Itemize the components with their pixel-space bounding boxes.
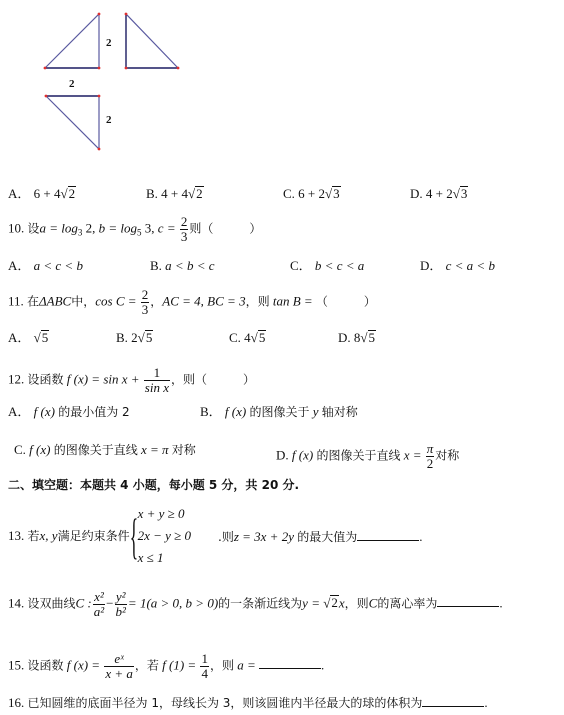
question-text: 设双曲线 xyxy=(28,596,76,610)
question-text: 设 xyxy=(28,221,40,235)
radicand: 3 xyxy=(460,186,469,200)
option-text: 轴对称 xyxy=(322,405,358,419)
math-expr: f (1) = xyxy=(162,657,199,672)
math-expr: a = log xyxy=(40,220,78,235)
q10-option-c: C． b < c < a xyxy=(290,258,364,274)
math-expr: y xyxy=(313,404,319,419)
question-14: 14. 设双曲线C :x²a²−y²b²= 1(a > 0, b > 0)的一条… xyxy=(8,590,503,619)
fraction: 1sin x xyxy=(144,366,170,395)
radicand: 2 xyxy=(68,186,77,200)
question-text: 的一条渐近线为 xyxy=(218,596,302,610)
q9-option-c: C. 6 + 2√3 xyxy=(283,186,341,202)
fraction: 14 xyxy=(200,652,209,681)
question-number: 13. xyxy=(8,528,24,543)
option-value: a < b < c xyxy=(165,258,214,273)
q12-option-d: D. f (x) 的图像关于直线 x = π2对称 xyxy=(276,442,459,471)
q11-option-b: B. 2√5 xyxy=(116,330,153,346)
option-label: A． xyxy=(8,186,30,201)
option-label: B. xyxy=(150,258,162,273)
q9-option-b: B. 4 + 4√2 xyxy=(146,186,204,202)
sqrt-icon: √ xyxy=(323,595,330,610)
figure-label-side-2: 2 xyxy=(106,112,112,128)
math-expr: x, y xyxy=(40,528,58,543)
radicand: 3 xyxy=(332,186,341,200)
question-text: 已知圆维的底面半径为 1，母线长为 3，则该圆谁内半径最大的球的体积为 xyxy=(28,696,423,710)
fraction: eˣx + a xyxy=(104,652,134,681)
option-label: C. xyxy=(14,442,26,457)
question-text: ，则 xyxy=(345,596,369,610)
period: . xyxy=(321,657,324,672)
period: . xyxy=(419,529,422,544)
period: . xyxy=(499,595,502,610)
option-text: 的图像关于 xyxy=(249,405,309,419)
answer-paren: （ ） xyxy=(316,294,376,308)
math-expr: y = xyxy=(302,595,323,610)
constraint-system: x + y ≥ 02x − y ≥ 0x ≤ 1 xyxy=(138,503,191,569)
question-12: 12. 设函数 f (x) = sin x + 1sin x，则（ ） xyxy=(8,366,255,395)
period: . xyxy=(484,695,487,710)
option-label: D. xyxy=(410,186,423,201)
option-label: C． xyxy=(290,258,312,273)
question-13-tail: .则z = 3x + 2y 的最大值为. xyxy=(218,528,423,545)
radicand: 2 xyxy=(195,186,204,200)
sqrt-icon: √ xyxy=(34,330,41,345)
sqrt-icon: √ xyxy=(60,186,67,201)
math-expr: ΔABC xyxy=(39,293,71,308)
option-value: b < c < a xyxy=(315,258,364,273)
sqrt-icon: √ xyxy=(325,186,332,201)
three-view-figure xyxy=(0,0,200,160)
question-number: 16. xyxy=(8,695,24,710)
fraction: 23 xyxy=(180,215,189,244)
answer-blank[interactable] xyxy=(437,594,499,607)
option-value: 6 + 4 xyxy=(34,186,61,201)
question-text: .则 xyxy=(218,530,234,544)
question-16: 16. 已知圆维的底面半径为 1，母线长为 3，则该圆谁内半径最大的球的体积为. xyxy=(8,694,488,711)
question-text: 在 xyxy=(27,294,39,308)
math-expr: c = xyxy=(158,220,179,235)
q10-option-d: D． c < a < b xyxy=(420,258,495,274)
math-expr: a = xyxy=(237,657,259,672)
math-expr: f (x) xyxy=(34,404,55,419)
math-expr: C : xyxy=(76,595,92,610)
option-label: C. xyxy=(229,330,241,345)
answer-blank[interactable] xyxy=(422,694,484,707)
question-text: ，若 xyxy=(135,658,159,672)
q10-option-b: B. a < b < c xyxy=(150,258,215,274)
math-expr: f (x) = xyxy=(67,657,104,672)
q12-option-b: B． f (x) 的图像关于 y 轴对称 xyxy=(200,404,358,420)
q9-option-d: D. 4 + 2√3 xyxy=(410,186,468,202)
math-expr: 2, xyxy=(82,220,98,235)
option-text: 对称 xyxy=(172,443,196,457)
option-label: B. xyxy=(116,330,128,345)
math-expr: x = π xyxy=(141,442,169,457)
section-heading: 二、填空题：本题共 4 小题，每小题 5 分，共 20 分. xyxy=(8,477,299,493)
q10-option-a: A． a < c < b xyxy=(8,258,83,274)
option-text: 的图像关于直线 xyxy=(54,443,138,457)
constraint: x ≤ 1 xyxy=(138,547,191,569)
radicand: 2 xyxy=(330,595,339,609)
math-expr: f (x) xyxy=(225,404,246,419)
math-expr: f (x) xyxy=(292,447,313,462)
answer-blank[interactable] xyxy=(259,656,321,669)
question-text: 设函数 xyxy=(28,658,64,672)
option-label: D. xyxy=(338,330,351,345)
option-text: 的图像关于直线 xyxy=(316,448,400,462)
q11-option-d: D. 8√5 xyxy=(338,330,376,346)
radicand: 5 xyxy=(41,330,50,344)
math-expr: f (x) = sin x + xyxy=(67,371,143,386)
q12-option-c: C. f (x) 的图像关于直线 x = π 对称 xyxy=(14,442,196,458)
question-text: 中， xyxy=(71,294,95,308)
math-expr: − xyxy=(106,595,113,610)
q11-option-c: C. 4√5 xyxy=(229,330,266,346)
question-10: 10. 设a = log3 2, b = log5 3, c = 23则（ ） xyxy=(8,215,261,244)
q11-option-a: A． √5 xyxy=(8,330,49,346)
math-expr: tan B = xyxy=(273,293,316,308)
math-expr: f (x) xyxy=(29,442,50,457)
option-label: D. xyxy=(276,447,289,462)
radicand: 5 xyxy=(258,330,267,344)
answer-paren: ，则（ ） xyxy=(171,372,255,386)
math-expr: 3, xyxy=(142,220,158,235)
question-text: 设函数 xyxy=(28,372,64,386)
option-value: c < a < b xyxy=(446,258,495,273)
option-label: C. xyxy=(283,186,295,201)
fraction: x²a² xyxy=(93,590,105,619)
math-expr: cos C = xyxy=(95,293,140,308)
math-expr: b = log xyxy=(99,220,137,235)
math-expr: AC = 4, BC = 3 xyxy=(162,293,245,308)
math-expr: z = 3x + 2y xyxy=(234,529,294,544)
option-text: 对称 xyxy=(435,448,459,462)
option-label: A． xyxy=(8,404,30,419)
radicand: 5 xyxy=(145,330,154,344)
question-15: 15. 设函数 f (x) = eˣx + a，若 f (1) = 14，则 a… xyxy=(8,652,324,681)
question-11: 11. 在ΔABC中，cos C = 23，AC = 4, BC = 3，则 t… xyxy=(8,288,376,317)
brace-icon: { xyxy=(129,503,137,569)
answer-paren: 则（ ） xyxy=(189,221,261,235)
question-number: 10. xyxy=(8,220,24,235)
sqrt-icon: √ xyxy=(251,330,258,345)
option-label: A． xyxy=(8,330,30,345)
question-13: 13. 若x, y满足约束条件{x + y ≥ 02x − y ≥ 0x ≤ 1 xyxy=(8,503,191,569)
math-expr: = 1(a > 0, b > 0) xyxy=(128,595,218,610)
question-text: ， xyxy=(150,294,162,308)
question-text: 若 xyxy=(28,529,40,543)
sqrt-icon: √ xyxy=(138,330,145,345)
option-value: 6 + 2 xyxy=(298,186,325,201)
option-value: 4 + 4 xyxy=(161,186,188,201)
option-value: a < c < b xyxy=(34,258,83,273)
question-number: 15. xyxy=(8,657,24,672)
q9-option-a: A． 6 + 4√2 xyxy=(8,186,76,202)
sqrt-icon: √ xyxy=(360,330,367,345)
sqrt-icon: √ xyxy=(453,186,460,201)
question-text: ，则 xyxy=(210,658,234,672)
question-text: 满足约束条件 xyxy=(58,529,130,543)
math-expr: x = xyxy=(404,447,425,462)
option-value: 4 + 2 xyxy=(426,186,453,201)
constraint: 2x − y ≥ 0 xyxy=(138,525,191,547)
sqrt-icon: √ xyxy=(188,186,195,201)
question-number: 11. xyxy=(8,293,24,308)
fraction: y²b² xyxy=(115,590,127,619)
question-text: ，则 xyxy=(246,294,270,308)
question-number: 14. xyxy=(8,595,24,610)
option-label: D． xyxy=(420,258,442,273)
option-text: 的最小值为 2 xyxy=(58,405,129,419)
q12-option-a: A． f (x) 的最小值为 2 xyxy=(8,404,130,420)
radicand: 5 xyxy=(368,330,377,344)
fraction: 23 xyxy=(141,288,150,317)
question-text: 的最大值为 xyxy=(297,530,357,544)
fraction: π2 xyxy=(426,442,435,471)
option-label: B. xyxy=(146,186,158,201)
option-label: A． xyxy=(8,258,30,273)
answer-blank[interactable] xyxy=(357,528,419,541)
option-label: B． xyxy=(200,404,222,419)
figure-label-side: 2 xyxy=(106,35,112,51)
figure-label-base: 2 xyxy=(69,76,75,92)
question-text: 的离心率为 xyxy=(377,596,437,610)
question-number: 12. xyxy=(8,371,24,386)
constraint: x + y ≥ 0 xyxy=(138,503,191,525)
